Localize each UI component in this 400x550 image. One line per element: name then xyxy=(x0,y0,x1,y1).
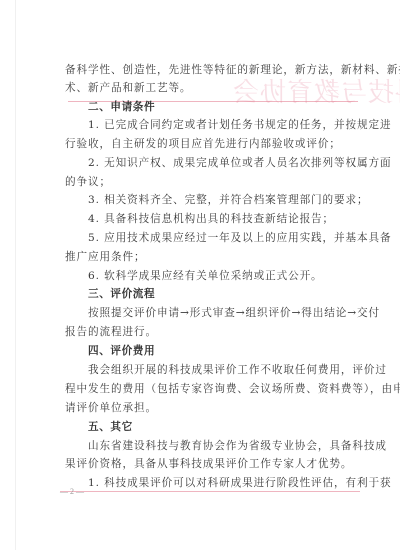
red-rule-footer xyxy=(60,491,360,492)
paragraph-line: 5. 应用技术成果应经过一年及以上的应用实践，并基本具备 xyxy=(88,232,378,245)
paragraph-line: 山东省建设科技与教育协会作为省级专业协会，具备科技成 xyxy=(88,440,378,453)
paragraph-line: 3. 相关资料齐全、完整，并符合档案管理部门的要求； xyxy=(88,194,378,207)
page-number: — 2 — xyxy=(60,487,84,496)
paragraph-line: 术、新产品和新工艺等。 xyxy=(65,82,355,95)
paragraph-line: 1. 已完成合同约定或者计划任务书规定的任务，并按规定进 xyxy=(88,119,378,132)
paragraph-line: 推广应用条件； xyxy=(65,251,355,264)
paragraph-line: 按照提交评价申请→形式审查→组织评价→得出结论→交付 xyxy=(88,307,378,320)
paragraph-line: 2. 无知识产权、成果完成单位或者人员名次排列等权属方面 xyxy=(88,157,378,170)
section-heading: 四、评价费用 xyxy=(88,345,378,358)
paragraph-line: 我会组织开展的科技成果评价工作不收取任何费用，评价过 xyxy=(88,364,378,377)
page-edge xyxy=(15,0,16,550)
paragraph-line: 的争议； xyxy=(65,176,355,189)
paragraph-line: 备科学性、创造性，先进性等特征的新理论，新方法，新材料、新技 xyxy=(65,64,355,77)
paragraph-line: 果评价资格，具备从事科技成果评价工作专家人才优势。 xyxy=(65,458,355,471)
section-heading: 五、其它 xyxy=(88,421,378,434)
paragraph-line: 4. 具备科技信息机构出具的科技查新结论报告； xyxy=(88,213,378,226)
paragraph-line: 请评价单位承担。 xyxy=(65,402,355,415)
paragraph-line: 6. 软科学成果应经有关单位采纳或正式公开。 xyxy=(88,270,378,283)
paragraph-line: 报告的流程进行。 xyxy=(65,326,355,339)
section-heading: 三、评价流程 xyxy=(88,288,378,301)
paragraph-line: 1. 科技成果评价可以对科研成果进行阶段性评估，有利于获 xyxy=(88,477,378,490)
paragraph-line: 行验收，自主研发的项目应首先进行内部验收或评价； xyxy=(65,138,355,151)
paragraph-line: 程中发生的费用（包括专家咨询费、会议场所费、资料费等），由申 xyxy=(65,383,355,396)
section-heading: 二、申请条件 xyxy=(88,101,378,114)
